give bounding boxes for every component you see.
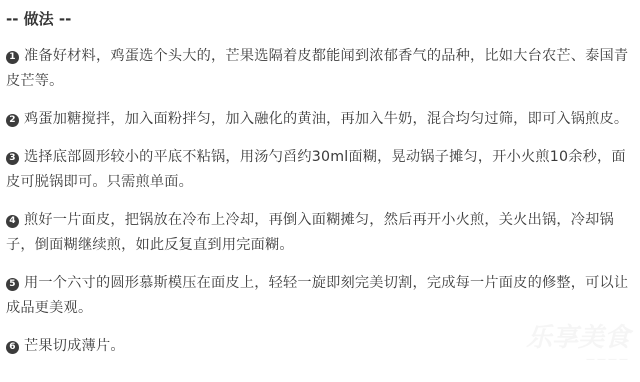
- circled-number-icon: 1: [6, 51, 19, 64]
- circled-number-icon: 5: [6, 278, 19, 291]
- step-item: 5用一个六寸的圆形慕斯模压在面皮上，轻轻一旋即刻完美切割，完成每一片面皮的修整，…: [6, 271, 634, 321]
- circled-number-icon: 2: [6, 114, 19, 127]
- step-item: 3选择底部圆形较小的平底不粘锅，用汤勺舀约30ml面糊，晃动锅子摊匀，开小火煎1…: [6, 145, 634, 195]
- step-text: 用一个六寸的圆形慕斯模压在面皮上，轻轻一旋即刻完美切割，完成每一片面皮的修整，可…: [6, 275, 628, 316]
- step-text: 准备好材料，鸡蛋选个头大的，芒果选隔着皮都能闻到浓郁香气的品种，比如大台农芒、泰…: [6, 48, 628, 89]
- recipe-method-section: -- 做法 -- 1准备好材料，鸡蛋选个头大的，芒果选隔着皮都能闻到浓郁香气的品…: [6, 8, 634, 372]
- watermark-text: 乐享美食: [526, 323, 630, 353]
- step-text: 鸡蛋加糖搅拌，加入面粉拌匀，加入融化的黄油，再加入牛奶，混合均匀过筛，即可入锅煎…: [24, 111, 628, 127]
- circled-number-icon: 4: [6, 215, 19, 228]
- section-title: -- 做法 --: [6, 8, 634, 30]
- watermark-sub: ————: [490, 354, 630, 366]
- step-item: 1准备好材料，鸡蛋选个头大的，芒果选隔着皮都能闻到浓郁香气的品种，比如大台农芒、…: [6, 44, 634, 94]
- step-text: 芒果切成薄片。: [24, 338, 125, 354]
- circled-number-icon: 3: [6, 152, 19, 165]
- step-text: 煎好一片面皮，把锅放在冷布上冷却，再倒入面糊摊匀，然后再开小火煎，关火出锅，冷却…: [6, 212, 614, 253]
- step-item: 2鸡蛋加糖搅拌，加入面粉拌匀，加入融化的黄油，再加入牛奶，混合均匀过筛，即可入锅…: [6, 107, 634, 132]
- step-text: 选择底部圆形较小的平底不粘锅，用汤勺舀约30ml面糊，晃动锅子摊匀，开小火煎10…: [6, 149, 626, 190]
- step-item: 4煎好一片面皮，把锅放在冷布上冷却，再倒入面糊摊匀，然后再开小火煎，关火出锅，冷…: [6, 208, 634, 258]
- circled-number-icon: 6: [6, 341, 19, 354]
- watermark: 乐享美食 ————: [490, 322, 630, 372]
